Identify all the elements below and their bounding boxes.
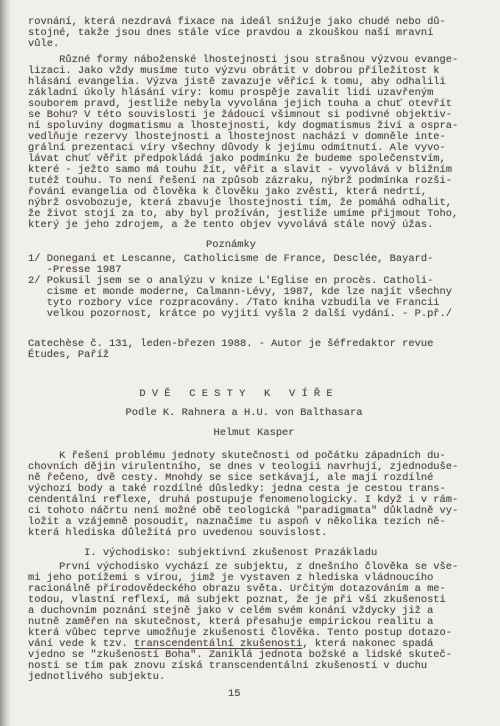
footnote-1: 1/ Donegani et Lescanne, Catholicisme de… bbox=[28, 254, 484, 276]
article-title: D V Ě C E S T Y K V Í Ř E bbox=[8, 389, 464, 400]
article-subtitle: Podle K. Rahnera a H.U. von Balthasara bbox=[16, 408, 472, 419]
paragraph: K řešení problému jednoty skutečnosti od… bbox=[28, 451, 484, 539]
paragraph: První východisko vychází ze subjektu, z … bbox=[28, 562, 484, 639]
notes-heading: Poznámky bbox=[3, 240, 459, 251]
source-reference: Catechèse č. 131, leden-březen 1988. - A… bbox=[28, 339, 484, 361]
page-edge-shadow bbox=[0, 0, 12, 726]
paragraph: Různé formy náboženské lhostejnosti jsou… bbox=[28, 55, 484, 231]
page-number: 15 bbox=[228, 689, 484, 700]
article-author: Helmut Kasper bbox=[26, 428, 482, 439]
section-heading: I. východisko: subjektivní zkušenost Pra… bbox=[28, 548, 484, 559]
page-content: rovnání, která nezdravá fixace na ideál … bbox=[28, 17, 484, 700]
paragraph-continuation: rovnání, která nezdravá fixace na ideál … bbox=[28, 17, 484, 50]
scanned-document-page: rovnání, která nezdravá fixace na ideál … bbox=[0, 0, 500, 726]
footnote-2: 2/ Pokusil jsem se o analýzu v knize L'E… bbox=[28, 276, 484, 320]
paragraph: vjedno se "zkušeností Boha". Zaniklá jed… bbox=[28, 650, 484, 683]
